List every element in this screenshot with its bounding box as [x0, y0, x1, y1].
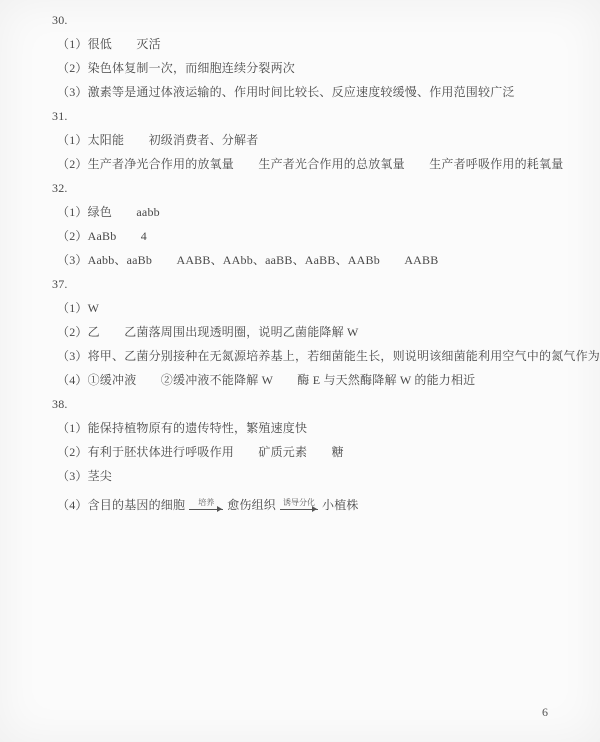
answer-line: （3）Aabb、aaBb AABB、AAbb、aaBB、AaBB、AABb AA… [52, 248, 592, 272]
arrow-label: 培养 [195, 498, 217, 507]
arrow-line-icon [189, 509, 223, 510]
section-number-30: 30. [52, 8, 592, 32]
answer-line: （4）①缓冲液 ②缓冲液不能降解 W 酶 E 与天然酶降解 W 的能力相近 [52, 368, 592, 392]
answer-line: （2）生产者净光合作用的放氧量 生产者光合作用的总放氧量 生产者呼吸作用的耗氧量 [52, 152, 592, 176]
answer-line: （1）能保持植物原有的遗传特性，繁殖速度快 [52, 416, 592, 440]
section-number-32: 32. [52, 176, 592, 200]
answer-line: （2）AaBb 4 [52, 224, 592, 248]
flow-node: 愈伤组织 [227, 493, 276, 517]
section-number-37: 37. [52, 272, 592, 296]
section-number-38: 38. [52, 392, 592, 416]
right-arrow: 诱导分化 [280, 498, 318, 510]
flow-node: 小植株 [322, 493, 359, 517]
page-number: 6 [542, 705, 548, 720]
answer-line-flow: （4）含目的基因的细胞 培养 愈伤组织 诱导分化 小植株 [52, 491, 592, 519]
section-number-31: 31. [52, 104, 592, 128]
answer-line: （2）乙 乙菌落周围出现透明圈，说明乙菌能降解 W [52, 320, 592, 344]
answer-line: （1）W [52, 296, 592, 320]
answer-sheet-page: 30. （1）很低 灭活 （2）染色体复制一次，而细胞连续分裂两次 （3）激素等… [0, 0, 600, 742]
answer-line: （3）茎尖 [52, 464, 592, 488]
answer-line: （2）有利于胚状体进行呼吸作用 矿质元素 糖 [52, 440, 592, 464]
answers-content: 30. （1）很低 灭活 （2）染色体复制一次，而细胞连续分裂两次 （3）激素等… [52, 8, 592, 519]
arrow-line-icon [280, 509, 318, 510]
flow-prefix: （4）含目的基因的细胞 [57, 493, 185, 517]
answer-line: （2）染色体复制一次，而细胞连续分裂两次 [52, 56, 592, 80]
answer-line: （3）将甲、乙菌分别接种在无氮源培养基上，若细菌能生长，则说明该细菌能利用空气中… [52, 344, 592, 368]
answer-line: （1）绿色 aabb [52, 200, 592, 224]
answer-line: （1）很低 灭活 [52, 32, 592, 56]
right-arrow: 培养 [189, 498, 223, 510]
answer-line: （1）太阳能 初级消费者、分解者 [52, 128, 592, 152]
answer-line: （3）激素等是通过体液运输的、作用时间比较长、反应速度较缓慢、作用范围较广泛 [52, 80, 592, 104]
